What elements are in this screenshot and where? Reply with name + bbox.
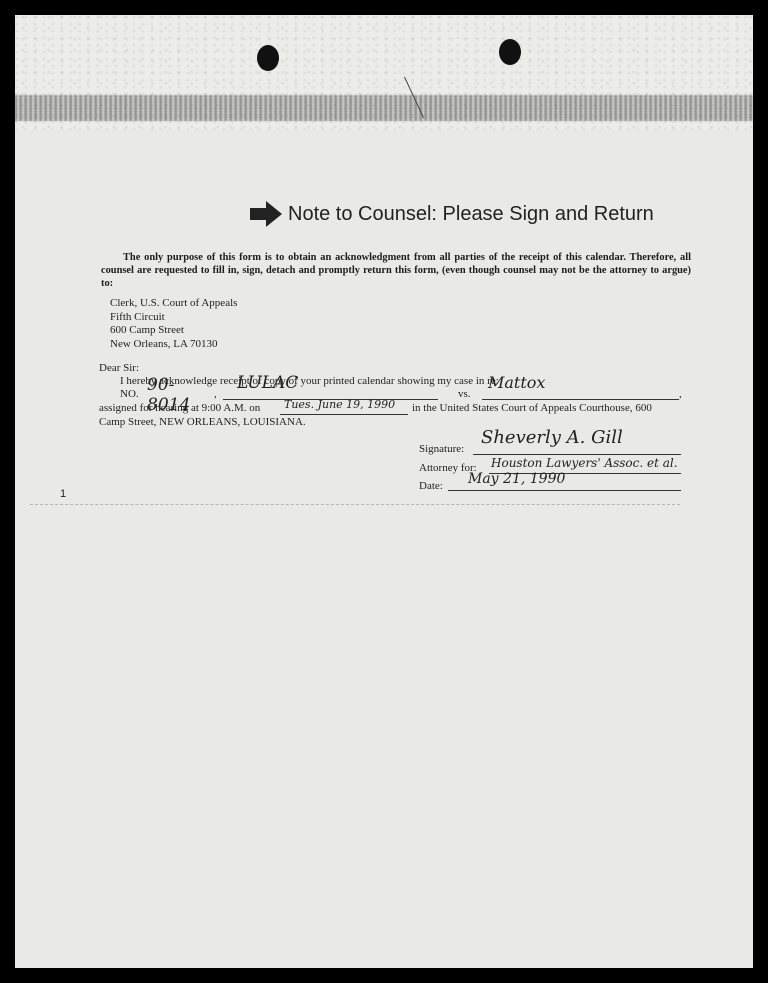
address-line-3: 600 Camp Street — [110, 324, 237, 338]
salutation: Dear Sir: — [99, 362, 139, 374]
plaintiff-field[interactable]: LULAC — [223, 373, 438, 400]
case-no-label: NO. — [120, 388, 139, 400]
punch-hole-right — [499, 39, 521, 65]
hearing-location: Camp Street, NEW ORLEANS, LOUISIANA. — [99, 416, 306, 428]
trailing-comma: , — [679, 388, 682, 400]
address-line-4: New Orleans, LA 70130 — [110, 338, 237, 352]
clerk-address: Clerk, U.S. Court of Appeals Fifth Circu… — [110, 297, 237, 351]
punch-hole-left — [257, 45, 279, 71]
address-line-2: Fifth Circuit — [110, 311, 237, 325]
case-number-field[interactable]: 90-8014 — [143, 375, 213, 401]
date-field[interactable]: May 21, 1990 — [448, 471, 681, 491]
hearing-prefix: assigned for hearing at 9:00 A.M. on — [99, 402, 260, 414]
detach-line — [30, 504, 680, 505]
address-line-1: Clerk, U.S. Court of Appeals — [110, 297, 237, 311]
scanned-page: Note to Counsel: Please Sign and Return … — [15, 15, 753, 968]
intro-text: The only purpose of this form is to obta… — [101, 252, 691, 289]
date-label: Date: — [419, 480, 443, 492]
intro-paragraph: The only purpose of this form is to obta… — [101, 251, 691, 290]
hearing-date-field[interactable]: Tues. June 19, 1990 — [280, 399, 408, 415]
signature-label: Signature: — [419, 443, 464, 455]
hearing-suffix: in the United States Court of Appeals Co… — [412, 402, 652, 414]
page-title: Note to Counsel: Please Sign and Return — [250, 201, 654, 227]
defendant-field[interactable]: Mattox — [482, 373, 679, 400]
heading-text: Note to Counsel: Please Sign and Return — [288, 203, 654, 226]
perforation-band — [15, 95, 753, 121]
page-number: 1 — [60, 488, 66, 500]
signature-field[interactable]: Sheverly A. Gill — [473, 425, 681, 455]
vs-label: vs. — [458, 388, 471, 400]
arrow-right-icon — [250, 201, 282, 227]
